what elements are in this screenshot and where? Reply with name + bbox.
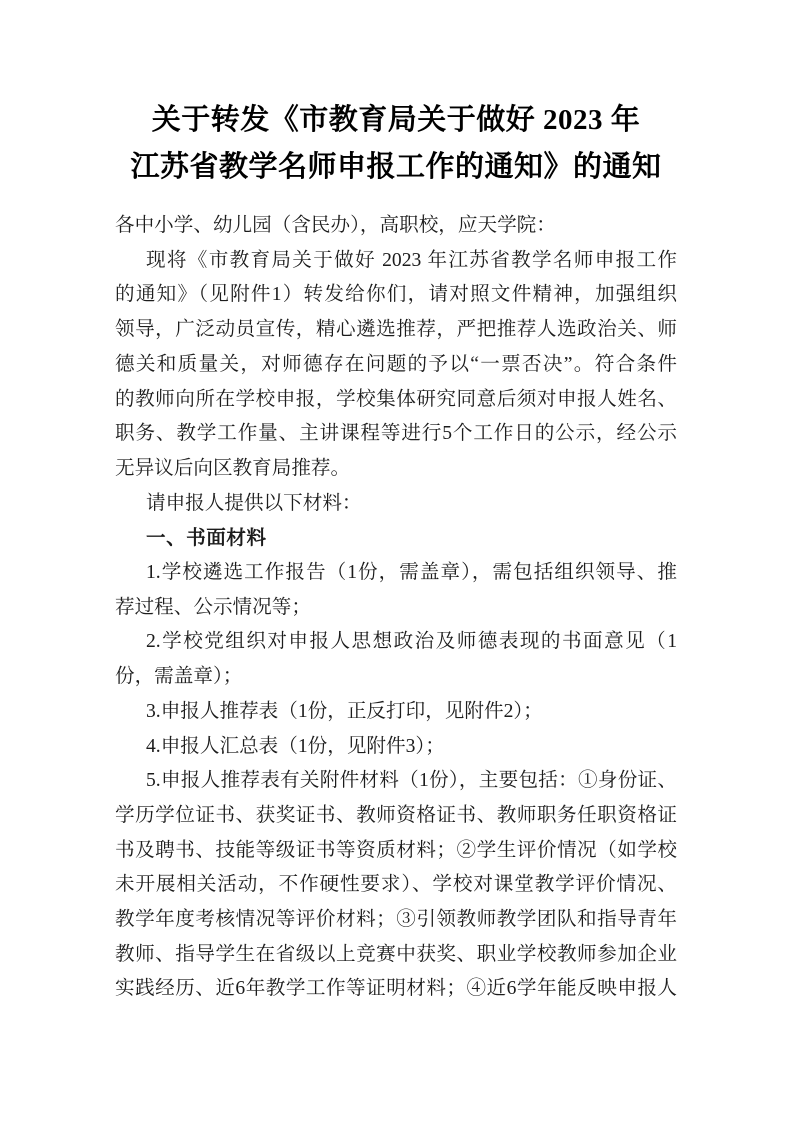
text-line: 1.学校遴选工作报告（1份，需盖章），需包括组织领导、推 — [115, 556, 677, 591]
text-line: 请申报人提供以下材料： — [115, 487, 677, 522]
text-line: 份，需盖章）； — [115, 660, 677, 695]
text-line: 学历学位证书、获奖证书、教师资格证书、教师职务任职资格证 — [115, 799, 677, 834]
text-line: 各中小学、幼儿园（含民办），高职校，应天学院： — [115, 209, 677, 244]
section-heading: 一、书面材料 — [115, 521, 677, 556]
notice-page: 关于转发《市教育局关于做好 2023 年 江苏省教学名师申报工作的通知》的通知 … — [0, 0, 793, 1122]
text-line: 荐过程、公示情况等； — [115, 591, 677, 626]
text-line: 的通知》（见附件1）转发给你们，请对照文件精神，加强组织 — [115, 278, 677, 313]
text-line: 实践经历、近6年教学工作等证明材料；④近6学年能反映申报人 — [115, 972, 677, 1007]
document-title-line-2: 江苏省教学名师申报工作的通知》的通知 — [115, 144, 677, 191]
text-line: 领导，广泛动员宣传，精心遴选推荐，严把推荐人选政治关、师 — [115, 313, 677, 348]
text-line: 2.学校党组织对申报人思想政治及师德表现的书面意见（1 — [115, 625, 677, 660]
text-line: 5.申报人推荐表有关附件材料（1份），主要包括：①身份证、 — [115, 764, 677, 799]
text-line: 德关和质量关，对师德存在问题的予以“一票否决”。符合条件 — [115, 348, 677, 383]
text-line: 未开展相关活动，不作硬性要求）、学校对课堂教学评价情况、 — [115, 868, 677, 903]
text-line: 4.申报人汇总表（1份，见附件3）； — [115, 730, 677, 765]
text-line: 书及聘书、技能等级证书等资质材料；②学生评价情况（如学校 — [115, 834, 677, 869]
text-line: 现将《市教育局关于做好 2023 年江苏省教学名师申报工作 — [115, 244, 677, 279]
document-title: 关于转发《市教育局关于做好 2023 年 江苏省教学名师申报工作的通知》的通知 — [115, 97, 677, 191]
document-title-line-1: 关于转发《市教育局关于做好 2023 年 — [115, 97, 677, 144]
text-line: 3.申报人推荐表（1份，正反打印，见附件2）； — [115, 695, 677, 730]
text-line: 的教师向所在学校申报，学校集体研究同意后须对申报人姓名、 — [115, 383, 677, 418]
text-line: 教师、指导学生在省级以上竞赛中获奖、职业学校教师参加企业 — [115, 938, 677, 973]
document-body: 各中小学、幼儿园（含民办），高职校，应天学院：现将《市教育局关于做好 2023 … — [115, 209, 677, 1007]
text-line: 无异议后向区教育局推荐。 — [115, 452, 677, 487]
text-line: 职务、教学工作量、主讲课程等进行5个工作日的公示，经公示 — [115, 417, 677, 452]
text-line: 教学年度考核情况等评价材料；③引领教师教学团队和指导青年 — [115, 903, 677, 938]
